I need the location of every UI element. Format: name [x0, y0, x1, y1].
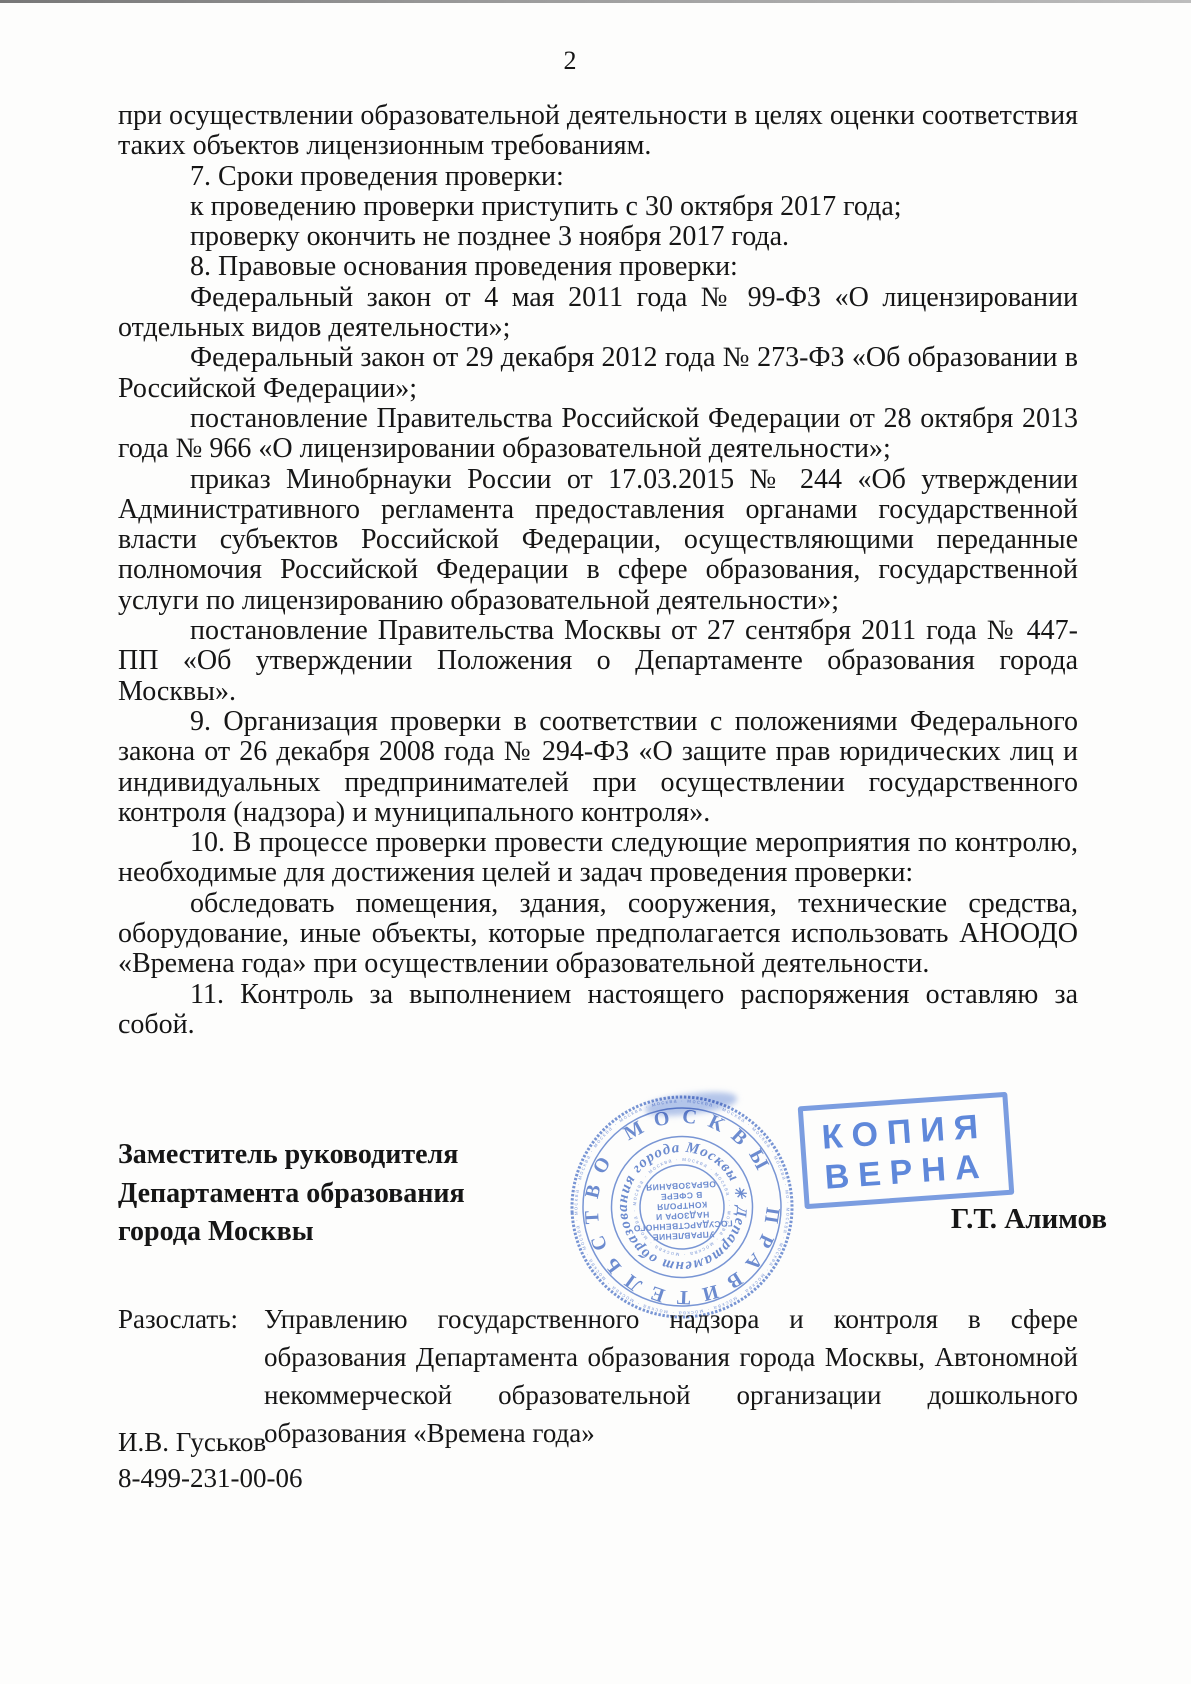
seal-outer-text: ПРАВИТЕЛЬСТВО МОСКВЫ — [576, 1100, 789, 1314]
official-seal-stamp: · москва · москва · москва · москва · мо… — [562, 1087, 802, 1327]
paragraph: постановление Правительства Москвы от 27… — [118, 616, 1078, 707]
seal-ring — [578, 1103, 786, 1311]
seal-micro-text: · москва · москва · москва · москва · мо… — [629, 1154, 734, 1259]
seal-ring — [608, 1133, 756, 1281]
seal-center-text: УПРАВЛЕНИЕ — [652, 1229, 714, 1242]
seal-outer-border — [566, 1091, 797, 1322]
executor-name: И.В. Гуськов — [118, 1424, 302, 1460]
seal-center-text: КОНТРОЛЯ — [657, 1200, 708, 1213]
signatory-position-line: Заместитель руководителя — [118, 1136, 465, 1175]
seal-inner-ring — [638, 1163, 726, 1251]
signatory-position-line: города Москвы — [118, 1213, 465, 1252]
copy-stamp-line: КОПИЯ — [821, 1106, 989, 1157]
seal-center-text: НАДЗОРА И — [655, 1210, 709, 1223]
paragraph: к проведению проверки приступить с 30 ок… — [118, 192, 1078, 222]
scan-edge-artifact — [0, 0, 1191, 3]
document-body: при осуществлении образовательной деятел… — [118, 101, 1078, 1040]
paragraph: 11. Контроль за выполнением настоящего р… — [118, 980, 1078, 1041]
svg-text:ПРАВИТЕЛЬСТВО МОСКВЫ: ПРАВИТЕЛЬСТВО МОСКВЫ — [576, 1100, 789, 1314]
seal-center-text: ГОСУДАРСТВЕННОГО — [633, 1218, 733, 1233]
paragraph: 7. Сроки проведения проверки: — [118, 162, 1078, 192]
paragraph: обследовать помещения, здания, сооружени… — [118, 889, 1078, 980]
signatory-position-line: Департамента образования — [118, 1175, 465, 1214]
paragraph: постановление Правительства Российской Ф… — [118, 404, 1078, 465]
paragraph: Федеральный закон от 29 декабря 2012 год… — [118, 343, 1078, 404]
seal-middle-text: Департамент образования города Москвы ✳ — [611, 1136, 752, 1277]
paragraph: проверку окончить не позднее 3 ноября 20… — [118, 222, 1078, 252]
seal-ink-smudge — [644, 1088, 738, 1119]
seal-center-text: ОБРАЗОВАНИЯ — [646, 1179, 717, 1193]
copy-verna-stamp: КОПИЯ ВЕРНА — [798, 1092, 1014, 1209]
paragraph: при осуществлении образовательной деятел… — [118, 101, 1078, 162]
executor-phone: 8-499-231-00-06 — [118, 1460, 302, 1496]
page-number: 2 — [0, 46, 1140, 76]
paragraph: Федеральный закон от 4 мая 2011 года № 9… — [118, 283, 1078, 344]
seal-center-text: В СФЕРЕ — [660, 1190, 702, 1202]
paragraph: 10. В процессе проверки провести следующ… — [118, 828, 1078, 889]
executor-block: И.В. Гуськов 8-499-231-00-06 — [118, 1424, 302, 1496]
paragraph: 8. Правовые основания проведения проверк… — [118, 252, 1078, 282]
document-page: 2 при осуществлении образовательной деят… — [0, 0, 1191, 1684]
seal-micro-text: · москва · москва · москва · москва · мо… — [568, 1093, 796, 1321]
svg-text:· москва · москва · москва · м: · москва · москва · москва · москва · мо… — [568, 1093, 796, 1321]
svg-text:· москва · москва · москва · м: · москва · москва · москва · москва · мо… — [629, 1154, 734, 1259]
paragraph: 9. Организация проверки в соответствии с… — [118, 707, 1078, 828]
paragraph: приказ Минобрнауки России от 17.03.2015 … — [118, 465, 1078, 616]
distribution-text: Управлению государственного надзора и ко… — [264, 1300, 1078, 1452]
svg-text:Департамент образования города: Департамент образования города Москвы ✳ — [611, 1136, 752, 1277]
signatory-position: Заместитель руководителя Департамента об… — [118, 1136, 465, 1252]
signatory-name: Г.Т. Алимов — [951, 1203, 1107, 1236]
copy-stamp-line: ВЕРНА — [823, 1146, 991, 1197]
